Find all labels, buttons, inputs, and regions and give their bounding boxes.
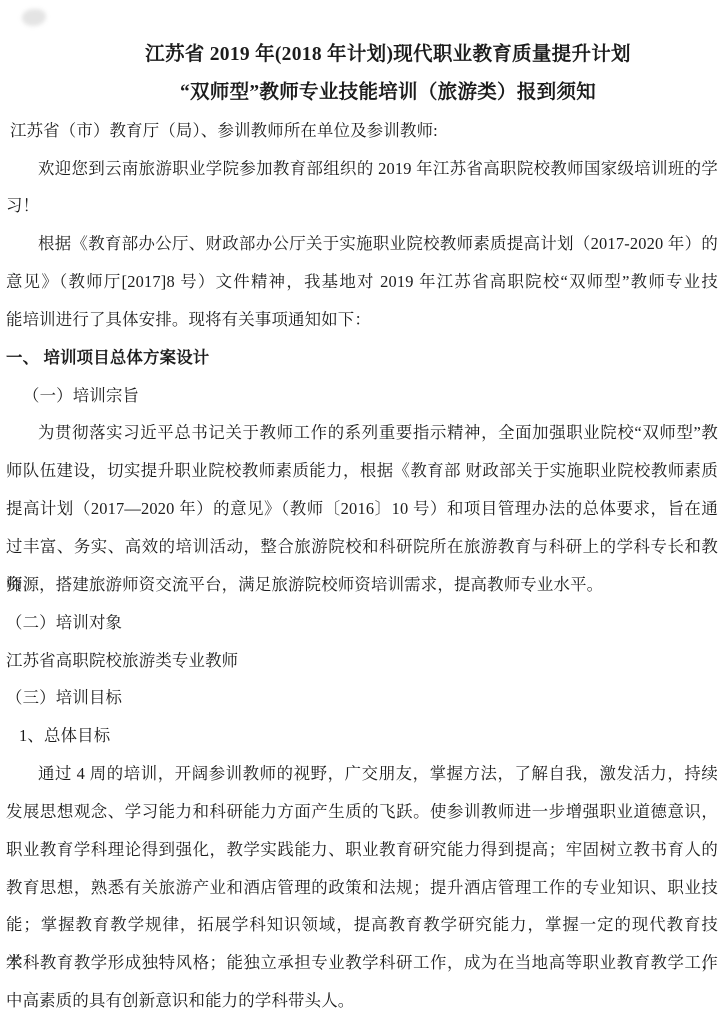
doc-title-line2: “双师型”教师专业技能培训（旅游类）报到须知 <box>58 74 718 112</box>
body-line: 通过 4 周的培训，开阔参训教师的视野，广交朋友，掌握方法，了解自我，激发活力，… <box>6 755 718 793</box>
body-line: 中高素质的具有创新意识和能力的学科带头人。 <box>6 982 718 1020</box>
body-line: 能；掌握教育教学规律，拓展学科知识领域，提高教育教学研究能力，掌握一定的现代教育… <box>6 906 718 944</box>
body-line: 资源，搭建旅游师资交流平台，满足旅游院校师资培训需求，提高教师专业水平。 <box>6 566 718 604</box>
numbered-heading: 1、总体目标 <box>6 717 718 755</box>
body-line: 学科教育教学形成独特风格；能独立承担专业教学科研工作，成为在当地高等职业教育教学… <box>6 944 718 982</box>
body-line: 职业教育学科理论得到强化，教学实践能力、职业教育研究能力得到提高；牢固树立教书育… <box>6 831 718 869</box>
body-line: 习！ <box>6 187 718 225</box>
doc-title-line1: 江苏省 2019 年(2018 年计划)现代职业教育质量提升计划 <box>58 36 718 74</box>
body-line: 能培训进行了具体安排。现将有关事项通知如下： <box>6 301 718 339</box>
salutation-line: 江苏省（市）教育厅（局）、参训教师所在单位及参训教师: <box>6 112 718 150</box>
subsection-1-heading: （一）培训宗旨 <box>6 377 718 415</box>
body-line: 为贯彻落实习近平总书记关于教师工作的系列重要指示精神，全面加强职业院校“双师型”… <box>6 414 718 452</box>
document-page: 江苏省 2019 年(2018 年计划)现代职业教育质量提升计划 “双师型”教师… <box>0 0 724 1024</box>
body-line: 欢迎您到云南旅游职业学院参加教育部组织的 2019 年江苏省高职院校教师国家级培… <box>6 150 718 188</box>
body-line: 提高计划（2017—2020 年）的意见》（教师〔2016〕10 号）和项目管理… <box>6 490 718 528</box>
body-line: 师队伍建设，切实提升职业院校教师素质能力，根据《教育部 财政部关于实施职业院校教… <box>6 452 718 490</box>
subsection-2-heading: （二）培训对象 <box>6 604 718 642</box>
subsection-3-heading: （三）培训目标 <box>6 679 718 717</box>
body-line: 过丰富、务实、高效的培训活动，整合旅游院校和科研院所在旅游教育与科研上的学科专长… <box>6 528 718 566</box>
body-line: 意见》（教师厅[2017]8 号）文件精神，我基地对 2019 年江苏省高职院校… <box>6 263 718 301</box>
section-1-heading: 一、 培训项目总体方案设计 <box>6 339 718 377</box>
body-line: 教育思想，熟悉有关旅游产业和酒店管理的政策和法规；提升酒店管理工作的专业知识、职… <box>6 869 718 907</box>
body-line: 发展思想观念、学习能力和科研能力方面产生质的飞跃。使参训教师进一步增强职业道德意… <box>6 793 718 831</box>
scan-smudge-artifact <box>22 9 46 26</box>
body-line: 江苏省高职院校旅游类专业教师 <box>6 642 718 680</box>
body-line: 根据《教育部办公厅、财政部办公厅关于实施职业院校教师素质提高计划（2017-20… <box>6 225 718 263</box>
